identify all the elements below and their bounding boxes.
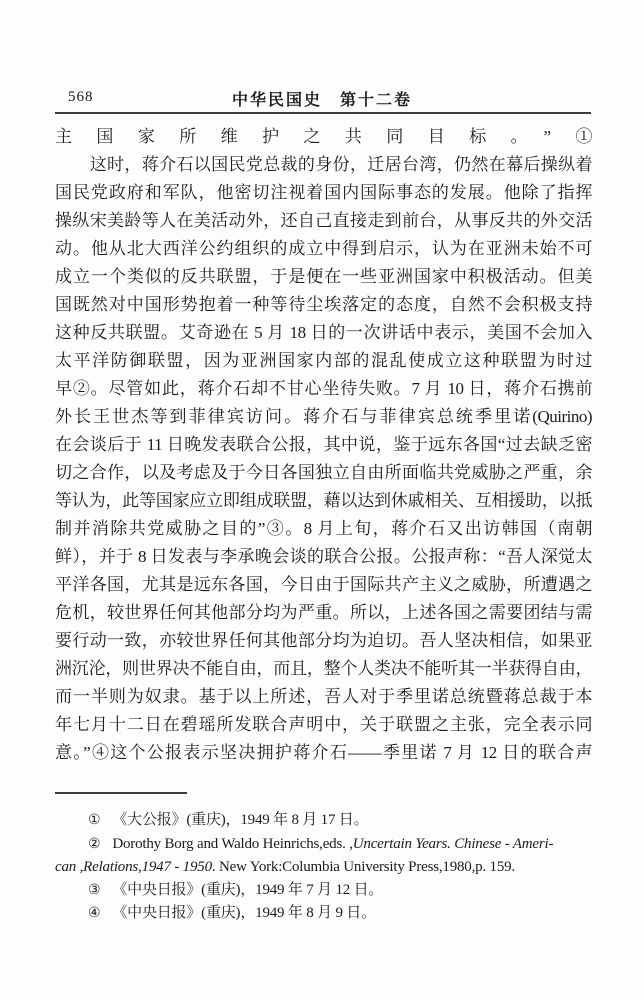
footnote-text: 《大公报》(重庆)，1949 年 8 月 17 日。 [112, 812, 368, 828]
footnote-marker: ④ [88, 903, 100, 926]
body-line: 鲜），并于 8 日发表与李承晚会谈的联合公报。公报声称：“吾人深觉太 [55, 543, 592, 571]
body-line: 制并消除共党威胁之目的”③。8 月上旬，蒋介石又出访韩国（南朝 [55, 515, 592, 543]
body-line: 太平洋防御联盟，因为亚洲国家内部的混乱使成立这种联盟为时过 [55, 347, 592, 375]
footnote-text-italic: can ,Relations,1947 - 1950 [55, 859, 212, 875]
body-line: 主国家所维护之共同目标。”① [55, 123, 592, 151]
footnote-marker: ① [88, 810, 100, 833]
footnote-line: ①《大公报》(重庆)，1949 年 8 月 17 日。 [55, 809, 595, 833]
footnote-separator-rule [55, 792, 187, 794]
footnote-line: ②Dorothy Borg and Waldo Heinrichs,eds. ,… [55, 833, 595, 857]
body-line: 年七月十二日在碧瑶所发联合声明中，关于联盟之主张，完全表示同 [55, 711, 592, 739]
body-line: 在会谈后于 11 日晚发表联合公报，其中说，鉴于远东各国“过去缺乏密 [55, 431, 592, 459]
body-line: 切之合作，以及考虑及于今日各国独立自由所面临共党威胁之严重，余 [55, 459, 592, 487]
body-line: 早②。尽管如此，蒋介石却不甘心坐待失败。7 月 10 日，蒋介石携前 [55, 375, 592, 403]
body-line: 要行动一致，亦较世界任何其他部分均为迫切。吾人坚决相信，如果亚 [55, 627, 592, 655]
body-text: 主国家所维护之共同目标。”① 这时，蒋介石以国民党总裁的身份，迁居台湾，仍然在幕… [55, 123, 592, 767]
body-line: 动。他从北大西洋公约组织的成立中得到启示，认为在亚洲未始不可 [55, 235, 592, 263]
footnote-text: . New York:Columbia University Press,198… [212, 859, 515, 875]
footnotes: ①《大公报》(重庆)，1949 年 8 月 17 日。 ②Dorothy Bor… [55, 809, 595, 926]
footnote-marker: ③ [88, 880, 100, 903]
footnote-text-italic: Uncertain Years. Chinese - Ameri- [353, 836, 553, 852]
body-line: 意。”④这个公报表示坚决拥护蒋介石——季里诺 7 月 12 日的联合声 [55, 739, 592, 767]
footnote-line: ③《中央日报》(重庆)，1949 年 7 月 12 日。 [55, 879, 595, 903]
body-line: 成立一个类似的反共联盟，于是便在一些亚洲国家中积极活动。但美 [55, 263, 592, 291]
running-head-title: 中华民国史 第十二卷 [0, 87, 644, 110]
body-line: 操纵宋美龄等人在美活动外，还自己直接走到前台，从事反共的外交活 [55, 207, 592, 235]
body-line: 等认为，此等国家应立即组成联盟，藉以达到休戚相关、互相援助，以抵 [55, 487, 592, 515]
footnote-text: 《中央日报》(重庆)，1949 年 8 月 9 日。 [112, 905, 376, 921]
footnote-line: ④《中央日报》(重庆)，1949 年 8 月 9 日。 [55, 902, 595, 926]
body-line: 外长王世杰等到菲律宾访问。蒋介石与菲律宾总统季里诺(Quirino) [55, 403, 592, 431]
body-line: 洲沉沦，则世界决不能自由，而且，整个人类决不能听其一半获得自由， [55, 655, 592, 683]
header-rule [55, 112, 591, 114]
footnote-marker: ② [88, 834, 100, 857]
footnote-text: 《中央日报》(重庆)，1949 年 7 月 12 日。 [112, 882, 383, 898]
body-line: 这时，蒋介石以国民党总裁的身份，迁居台湾，仍然在幕后操纵着 [55, 151, 592, 179]
body-line: 国民党政府和军队，他密切注视着国内国际事态的发展。他除了指挥 [55, 179, 592, 207]
body-line: 危机，较世界任何其他部分均为严重。所以，上述各国之需要团结与需 [55, 599, 592, 627]
body-line: 而一半则为奴隶。基于以上所述，吾人对于季里诺总统暨蒋总裁于本 [55, 683, 592, 711]
book-page: 568 中华民国史 第十二卷 主国家所维护之共同目标。”① 这时，蒋介石以国民党… [0, 0, 644, 1000]
footnote-text: Dorothy Borg and Waldo Heinrichs,eds. , [112, 836, 352, 852]
body-line: 国既然对中国形势抱着一种等待尘埃落定的态度，自然不会积极支持 [55, 291, 592, 319]
footnote-line: can ,Relations,1947 - 1950. New York:Col… [55, 856, 595, 879]
body-line: 平洋各国，尤其是远东各国，今日由于国际共产主义之威胁，所遭遇之 [55, 571, 592, 599]
body-line: 这种反共联盟。艾奇逊在 5 月 18 日的一次讲话中表示，美国不会加入 [55, 319, 592, 347]
